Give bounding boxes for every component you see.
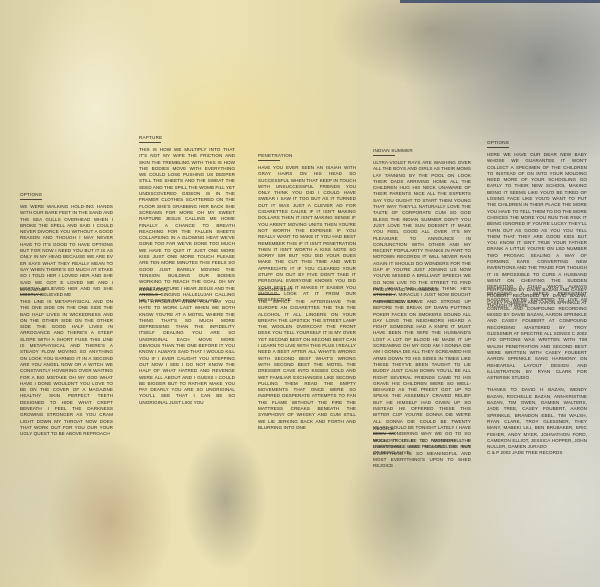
title-underline (487, 147, 509, 148)
song-title-priests-and-paramedics: Priests and Paramedics (373, 287, 471, 294)
song-title-second-best: Second Best (258, 287, 356, 294)
lyrics-indian-summer: Ultra-violet rays are washing over all t… (373, 160, 471, 305)
song-title-options: Options (20, 192, 113, 199)
copyright-text: C & P 2002 Jade Tree Records (487, 450, 587, 456)
song-title-options-2: Options (487, 140, 587, 147)
lyrics-magazine: This line is metaphysical and on the one… (20, 299, 113, 438)
lyrics-column-4c: Rejoice Wouldn't it be so wonderful if e… (373, 426, 471, 469)
production-credits: Performed by David Bazan and Casey Foube… (487, 287, 587, 381)
lyrics-rehearsal: It's hypocrisy when you say you hate to … (139, 299, 235, 406)
song-title-penetration: Penetration (258, 153, 356, 160)
title-underline (139, 294, 161, 295)
title-underline (258, 160, 280, 161)
lyrics-column-1: Options We were walking hold-ing hands w… (20, 192, 113, 298)
title-underline (20, 199, 42, 200)
album-insert-page: Options We were walking hold-ing hands w… (0, 0, 600, 587)
song-title-rehearsal: Rehearsal (139, 287, 235, 294)
title-underline (373, 433, 395, 434)
lyrics-column-1b: Magazine This line is metaphysical and o… (20, 287, 113, 438)
title-underline (373, 155, 395, 156)
title-underline (20, 294, 42, 295)
top-edge-band (400, 0, 600, 3)
lyrics-options: We were walking hold-ing hands with our … (20, 204, 113, 298)
lyrics-column-5: Options Here we have our dear new baby w… (487, 140, 587, 309)
song-title-rejoice: Rejoice (373, 426, 471, 433)
thanks-text: Thanks to David H Bazan, Wendy Bazan, Ro… (487, 387, 587, 450)
title-underline (258, 294, 280, 295)
song-title-rapture: Rapture (139, 135, 235, 142)
lyrics-column-2: Rapture This is how we multiply into tha… (139, 135, 235, 304)
lyrics-column-4: Indian Summer Ultra-violet rays are wash… (373, 148, 471, 305)
credits-column: Performed by David Bazan and Casey Foube… (487, 287, 587, 457)
lyrics-rejoice: Wouldn't it be so wonderful if everythin… (373, 438, 471, 469)
lyrics-options-2: Here we have our dear new baby whose we … (487, 152, 587, 309)
title-underline (373, 294, 395, 295)
title-underline (139, 142, 161, 143)
song-title-indian-summer: Indian Summer (373, 148, 471, 155)
lyrics-column-2b: Rehearsal It's hypocrisy when you say yo… (139, 287, 235, 406)
lyrics-second-best: The impact the aftershave the Europe an … (258, 299, 356, 431)
lyrics-penetration: Have you ever seen an isaiah with gray h… (258, 165, 356, 304)
lyrics-rapture: This is how we multiply into that it's n… (139, 147, 235, 304)
song-title-magazine: Magazine (20, 287, 113, 294)
lyrics-column-3b: Second Best The impact the aftershave th… (258, 287, 356, 431)
lyrics-column-3: Penetration Have you ever seen an isaiah… (258, 153, 356, 304)
